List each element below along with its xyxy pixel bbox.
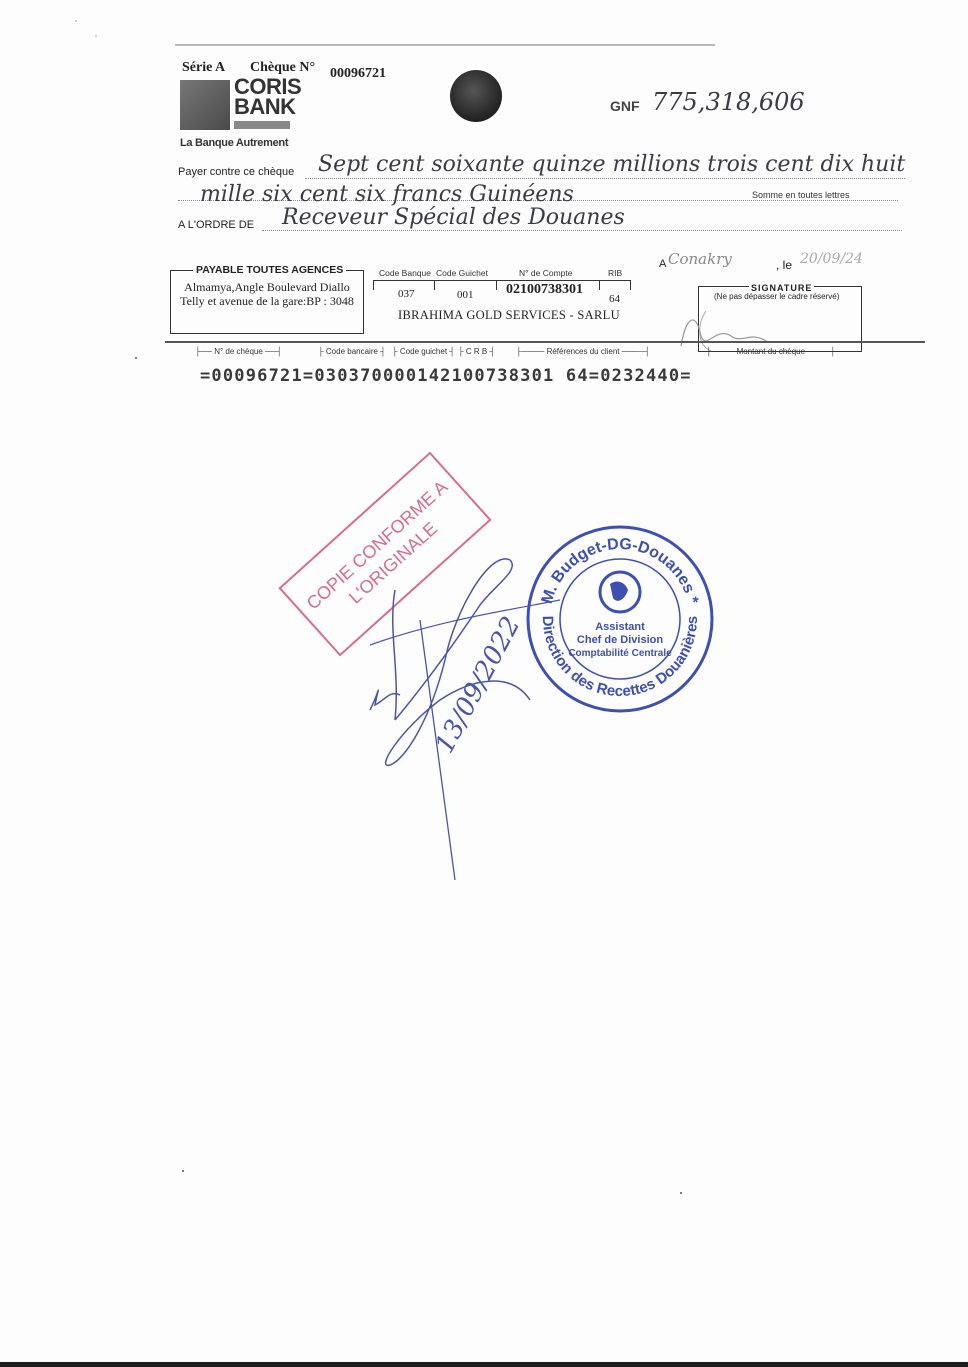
bank-name-line2: BANK [234, 97, 301, 117]
scan-speck [135, 357, 137, 359]
scan-speck [680, 1192, 682, 1194]
codes-bracket [630, 280, 631, 290]
account-label: N° de Compte [519, 268, 572, 278]
amount-words-line1: Sept cent soixante quinze millions trois… [318, 152, 905, 177]
micr-client-ref-text: Références du client [547, 347, 620, 356]
handwritten-signature-icon: 13/09/2022 [360, 550, 560, 880]
date-label: , le [776, 258, 792, 272]
payee-rule [262, 230, 902, 231]
branch-code: 001 [457, 289, 474, 301]
customs-center-line2: Chef de Division [577, 634, 663, 646]
micr-amount-label: ├──── Montant du chèque ────┤ [706, 347, 836, 356]
rib: 64 [609, 293, 620, 305]
cheque-number: 00096721 [330, 66, 386, 82]
micr-client-ref-label: ├──── Références du client ────┤ [516, 347, 650, 356]
codes-bracket [599, 280, 600, 290]
bank-code-label: Code Banque [379, 268, 431, 278]
micr-crb-text: C R B [466, 347, 487, 356]
serie-label: Série A [182, 60, 225, 76]
scan-speck [75, 20, 77, 22]
payable-title: PAYABLE TOUTES AGENCES [193, 264, 346, 276]
pay-label: Payer contre ce chèque [178, 166, 294, 178]
account-number: 02100738301 [506, 282, 583, 298]
bank-tagline: La Banque Autrement [180, 137, 288, 149]
amount-words-caption: Somme en toutes lettres [752, 190, 850, 200]
rib-label: RIB [608, 268, 622, 278]
codes-bracket [373, 280, 374, 290]
micr-branch-code-text: Code guichet [400, 347, 447, 356]
branch-code-label: Code Guichet [436, 268, 488, 278]
cheque-bottom-rule [165, 341, 925, 343]
scan-speck [95, 35, 97, 37]
currency-label: GNF [610, 98, 640, 114]
hologram-seal-icon [450, 70, 502, 122]
date: 20/09/24 [800, 251, 863, 267]
scan-speck [182, 1170, 184, 1172]
order-label: A L'ORDRE DE [178, 219, 254, 231]
micr-cheque-no-label: ├── N° de chèque ──┤ [195, 347, 282, 356]
micr-bank-code-label: ├ Code bancaire ┤ [318, 347, 386, 356]
place-prefix: A [659, 258, 666, 270]
micr-line: =00096721=030370000142100738301 64=02324… [200, 366, 692, 386]
micr-cheque-no-text: N° de chèque [214, 347, 263, 356]
amount-figures: 775,318,606 [652, 88, 805, 116]
micr-branch-code-label: ├ Code guichet ┤ [392, 347, 455, 356]
top-rule [175, 44, 715, 46]
customs-center-line3: Comptabilité Centrale [568, 648, 672, 659]
account-holder: IBRAHIMA GOLD SERVICES - SARLU [398, 308, 620, 323]
payee: Receveur Spécial des Douanes [282, 205, 625, 230]
place: Conakry [668, 250, 732, 268]
bottom-frame-bar [0, 1362, 968, 1367]
signature-note: (Ne pas dépasser le cadre réservé) [714, 292, 839, 301]
codes-bracket [496, 280, 497, 290]
customs-center-line1: Assistant [595, 621, 645, 633]
micr-amount-text: Montant du chèque [737, 347, 806, 356]
bank-logo-icon [180, 80, 230, 130]
amount-words-line2: mille six cent six francs Guinéens [200, 182, 574, 207]
amount-words-line1-rule [305, 178, 905, 179]
bank-name: CORIS BANK [234, 77, 301, 117]
bank-logo-subbar [234, 121, 290, 129]
payable-address: Almamya,Angle Boulevard Diallo Telly et … [172, 280, 362, 308]
codes-bracket [434, 280, 435, 290]
codes-top-rule [373, 280, 631, 281]
micr-bank-code-text: Code bancaire [326, 347, 378, 356]
micr-crb-label: ├ C R B ┤ [458, 347, 495, 356]
bank-code: 037 [398, 288, 415, 300]
